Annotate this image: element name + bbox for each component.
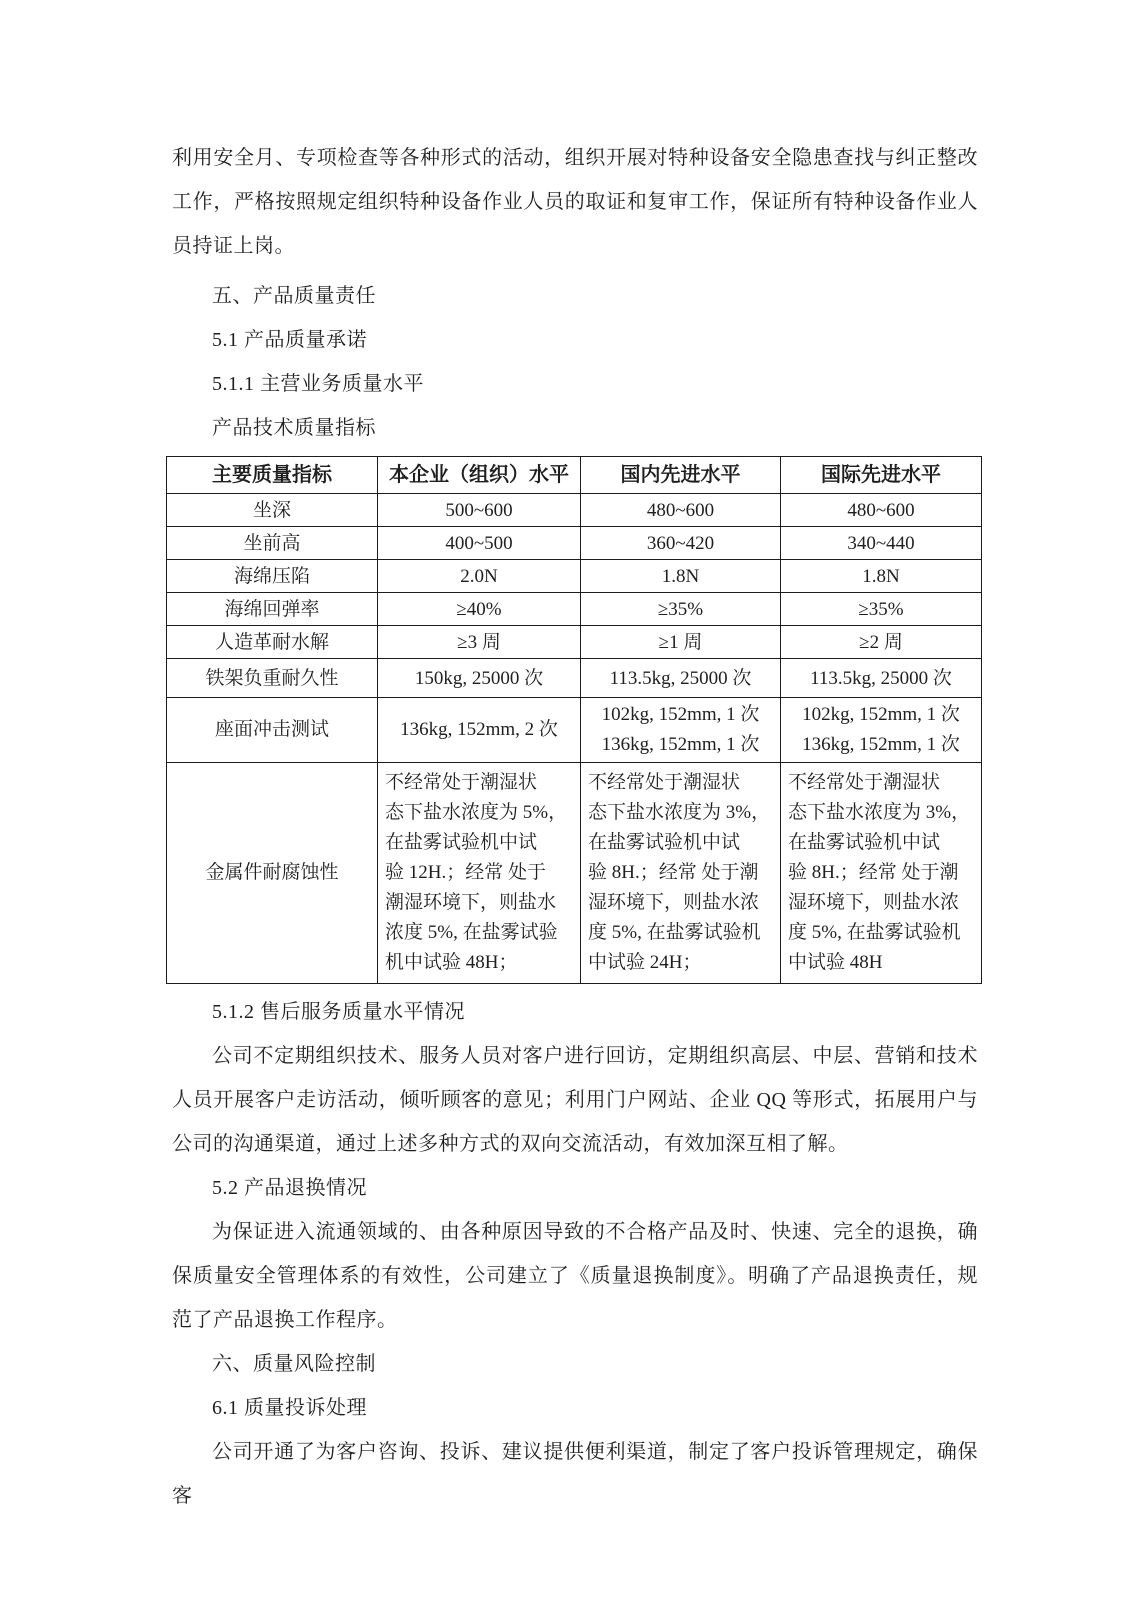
value-cell: ≥3 周 <box>378 626 581 659</box>
row-label-cell: 人造革耐水解 <box>167 626 378 659</box>
value-cell: ≥40% <box>378 593 581 626</box>
row-label-cell: 座面冲击测试 <box>167 698 378 763</box>
value-cell: 500~600 <box>378 494 581 527</box>
table-caption: 产品技术质量指标 <box>172 406 978 450</box>
value-cell: 136kg, 152mm, 2 次 <box>378 698 581 763</box>
value-cell: 2.0N <box>378 560 581 593</box>
value-cell: 340~440 <box>781 527 982 560</box>
row-label-cell: 海绵回弹率 <box>167 593 378 626</box>
value-cell: 113.5kg, 25000 次 <box>581 659 781 698</box>
header-cell-international-level: 国际先进水平 <box>781 457 982 494</box>
table-row-seat-impact-test: 座面冲击测试 136kg, 152mm, 2 次 102kg, 152mm, 1… <box>167 698 982 763</box>
table-row-metal-corrosion-resistance: 金属件耐腐蚀性 不经常处于潮湿状 态下盐水浓度为 5%， 在盐雾试验机中试 验 … <box>167 763 982 984</box>
value-cell: 1.8N <box>581 560 781 593</box>
row-label-cell: 坐前高 <box>167 527 378 560</box>
row-label-cell: 铁架负重耐久性 <box>167 659 378 698</box>
table-row-seat-front-height: 坐前高 400~500 360~420 340~440 <box>167 527 982 560</box>
table-row-seat-depth: 坐深 500~600 480~600 480~600 <box>167 494 982 527</box>
table-row-frame-load-durability: 铁架负重耐久性 150kg, 25000 次 113.5kg, 25000 次 … <box>167 659 982 698</box>
value-cell: 1.8N <box>781 560 982 593</box>
row-label-cell: 坐深 <box>167 494 378 527</box>
row-label-cell: 海绵压陷 <box>167 560 378 593</box>
value-cell: ≥1 周 <box>581 626 781 659</box>
table-header-row: 主要质量指标 本企业（组织）水平 国内先进水平 国际先进水平 <box>167 457 982 494</box>
value-cell: 360~420 <box>581 527 781 560</box>
row-label-cell: 金属件耐腐蚀性 <box>167 763 378 984</box>
heading-6-1: 6.1 质量投诉处理 <box>172 1386 978 1430</box>
value-cell: 102kg, 152mm, 1 次 136kg, 152mm, 1 次 <box>781 698 982 763</box>
value-cell: 400~500 <box>378 527 581 560</box>
header-cell-company-level: 本企业（组织）水平 <box>378 457 581 494</box>
heading-5-1-1: 5.1.1 主营业务质量水平 <box>172 362 978 406</box>
paragraph-after-sales-service: 公司不定期组织技术、服务人员对客户进行回访，定期组织高层、中层、营销和技术人员开… <box>172 1034 978 1166</box>
header-cell-domestic-level: 国内先进水平 <box>581 457 781 494</box>
value-cell: 不经常处于潮湿状 态下盐水浓度为 3%， 在盐雾试验机中试 验 8H.；经常 处… <box>781 763 982 984</box>
value-cell: 102kg, 152mm, 1 次 136kg, 152mm, 1 次 <box>581 698 781 763</box>
heading-5-1: 5.1 产品质量承诺 <box>172 318 978 362</box>
header-cell-indicator: 主要质量指标 <box>167 457 378 494</box>
paragraph-complaint-handling: 公司开通了为客户咨询、投诉、建议提供便利渠道，制定了客户投诉管理规定，确保客 <box>172 1430 978 1518</box>
quality-indicators-table: 主要质量指标 本企业（组织）水平 国内先进水平 国际先进水平 坐深 500~60… <box>166 456 982 984</box>
heading-5-1-2: 5.1.2 售后服务质量水平情况 <box>172 990 978 1034</box>
document-page: 利用安全月、专项检查等各种形式的活动，组织开展对特种设备安全隐患查找与纠正整改工… <box>0 0 1131 1600</box>
table-row-leather-hydrolysis: 人造革耐水解 ≥3 周 ≥1 周 ≥2 周 <box>167 626 982 659</box>
paragraph-special-equipment: 利用安全月、专项检查等各种形式的活动，组织开展对特种设备安全隐患查找与纠正整改工… <box>172 136 978 268</box>
value-cell: 150kg, 25000 次 <box>378 659 581 698</box>
value-cell: 113.5kg, 25000 次 <box>781 659 982 698</box>
value-cell: 不经常处于潮湿状 态下盐水浓度为 3%， 在盐雾试验机中试 验 8H.；经常 处… <box>581 763 781 984</box>
value-cell: ≥2 周 <box>781 626 982 659</box>
paragraph-product-return: 为保证进入流通领域的、由各种原因导致的不合格产品及时、快速、完全的退换，确保质量… <box>172 1210 978 1342</box>
heading-section-5: 五、产品质量责任 <box>172 274 978 318</box>
value-cell: ≥35% <box>581 593 781 626</box>
heading-section-6: 六、质量风险控制 <box>172 1342 978 1386</box>
table-row-sponge-indentation: 海绵压陷 2.0N 1.8N 1.8N <box>167 560 982 593</box>
value-cell: 不经常处于潮湿状 态下盐水浓度为 5%， 在盐雾试验机中试 验 12H.；经常 … <box>378 763 581 984</box>
value-cell: 480~600 <box>581 494 781 527</box>
value-cell: ≥35% <box>781 593 982 626</box>
heading-5-2: 5.2 产品退换情况 <box>172 1166 978 1210</box>
table-row-sponge-rebound: 海绵回弹率 ≥40% ≥35% ≥35% <box>167 593 982 626</box>
value-cell: 480~600 <box>781 494 982 527</box>
